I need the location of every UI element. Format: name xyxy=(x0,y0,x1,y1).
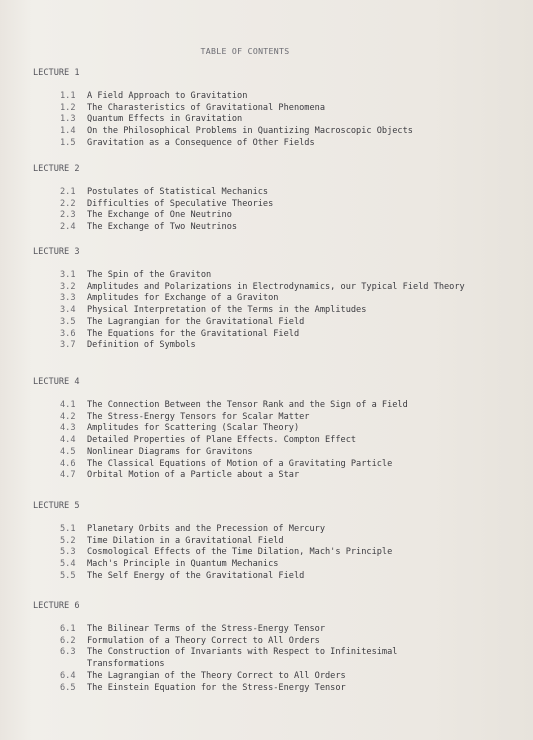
document-page: TABLE OF CONTENTS LECTURE 1 1.1A Field A… xyxy=(0,0,533,740)
section-title: Amplitudes for Scattering (Scalar Theory… xyxy=(87,423,467,435)
toc-entry: 6.4The Lagrangian of the Theory Correct … xyxy=(33,671,513,683)
section-number: 6.2 xyxy=(60,636,87,648)
section-title: Difficulties of Speculative Theories xyxy=(87,199,467,211)
section-title: Detailed Properties of Plane Effects. Co… xyxy=(87,435,467,447)
section-title: Physical Interpretation of the Terms in … xyxy=(87,305,467,317)
section-number: 2.2 xyxy=(60,199,87,211)
section-number: 1.2 xyxy=(60,103,87,115)
toc-entry: 3.5The Lagrangian for the Gravitational … xyxy=(33,317,513,329)
section-title: Postulates of Statistical Mechanics xyxy=(87,187,467,199)
toc-entry: 4.3Amplitudes for Scattering (Scalar The… xyxy=(33,423,513,435)
section-title: The Self Energy of the Gravitational Fie… xyxy=(87,571,467,583)
lecture-heading: LECTURE 4 xyxy=(33,376,513,388)
section-number: 4.7 xyxy=(60,470,87,482)
lecture-heading: LECTURE 6 xyxy=(33,600,513,612)
lecture-section-6: LECTURE 6 6.1The Bilinear Terms of the S… xyxy=(33,600,513,694)
section-number: 2.3 xyxy=(60,210,87,222)
section-title: Quantum Effects in Gravitation xyxy=(87,114,467,126)
toc-entry: 4.7Orbital Motion of a Particle about a … xyxy=(33,470,513,482)
toc-entry: 3.6The Equations for the Gravitational F… xyxy=(33,329,513,341)
lecture-heading: LECTURE 2 xyxy=(33,163,513,175)
section-number: 1.3 xyxy=(60,114,87,126)
toc-entry: 1.3Quantum Effects in Gravitation xyxy=(33,114,513,126)
section-number: 5.4 xyxy=(60,559,87,571)
section-title: The Lagrangian of the Theory Correct to … xyxy=(87,671,467,683)
section-number: 6.1 xyxy=(60,624,87,636)
toc-entry: 2.2Difficulties of Speculative Theories xyxy=(33,199,513,211)
toc-entry: 6.2Formulation of a Theory Correct to Al… xyxy=(33,636,513,648)
toc-entry: 6.3The Construction of Invariants with R… xyxy=(33,647,513,670)
section-list: 6.1The Bilinear Terms of the Stress-Ener… xyxy=(33,624,513,694)
section-title: The Classical Equations of Motion of a G… xyxy=(87,459,467,471)
lecture-heading: LECTURE 5 xyxy=(33,500,513,512)
toc-entry: 3.1The Spin of the Graviton xyxy=(33,270,513,282)
toc-entry: 4.2The Stress-Energy Tensors for Scalar … xyxy=(33,412,513,424)
lecture-section-4: LECTURE 4 4.1The Connection Between the … xyxy=(33,376,513,482)
section-number: 3.3 xyxy=(60,293,87,305)
section-number: 6.3 xyxy=(60,647,87,670)
section-title: Formulation of a Theory Correct to All O… xyxy=(87,636,467,648)
toc-entry: 6.1The Bilinear Terms of the Stress-Ener… xyxy=(33,624,513,636)
section-number: 2.4 xyxy=(60,222,87,234)
section-title: Mach's Principle in Quantum Mechanics xyxy=(87,559,467,571)
toc-entry: 1.4On the Philosophical Problems in Quan… xyxy=(33,126,513,138)
section-number: 4.1 xyxy=(60,400,87,412)
toc-entry: 3.4Physical Interpretation of the Terms … xyxy=(33,305,513,317)
section-title: The Stress-Energy Tensors for Scalar Mat… xyxy=(87,412,467,424)
section-number: 1.1 xyxy=(60,91,87,103)
toc-entry: 4.6The Classical Equations of Motion of … xyxy=(33,459,513,471)
toc-entry: 3.2Amplitudes and Polarizations in Elect… xyxy=(33,282,513,294)
section-title: Time Dilation in a Gravitational Field xyxy=(87,536,467,548)
section-number: 5.2 xyxy=(60,536,87,548)
section-number: 4.5 xyxy=(60,447,87,459)
section-title: Gravitation as a Consequence of Other Fi… xyxy=(87,138,467,150)
section-title: The Lagrangian for the Gravitational Fie… xyxy=(87,317,467,329)
toc-entry: 3.3Amplitudes for Exchange of a Graviton xyxy=(33,293,513,305)
section-title: The Exchange of One Neutrino xyxy=(87,210,467,222)
section-number: 1.4 xyxy=(60,126,87,138)
section-title: On the Philosophical Problems in Quantiz… xyxy=(87,126,467,138)
section-list: 1.1A Field Approach to Gravitation 1.2Th… xyxy=(33,91,513,150)
section-title: The Spin of the Graviton xyxy=(87,270,467,282)
section-number: 5.3 xyxy=(60,547,87,559)
section-number: 4.2 xyxy=(60,412,87,424)
section-list: 2.1Postulates of Statistical Mechanics 2… xyxy=(33,187,513,234)
section-title: Definition of Symbols xyxy=(87,340,467,352)
section-number: 3.6 xyxy=(60,329,87,341)
section-title: The Connection Between the Tensor Rank a… xyxy=(87,400,467,412)
toc-entry: 1.5Gravitation as a Consequence of Other… xyxy=(33,138,513,150)
section-number: 5.1 xyxy=(60,524,87,536)
toc-entry: 3.7Definition of Symbols xyxy=(33,340,513,352)
section-title: The Charasteristics of Gravitational Phe… xyxy=(87,103,467,115)
section-title: Cosmological Effects of the Time Dilatio… xyxy=(87,547,467,559)
toc-entry: 5.3Cosmological Effects of the Time Dila… xyxy=(33,547,513,559)
section-title: Planetary Orbits and the Precession of M… xyxy=(87,524,467,536)
section-title: Orbital Motion of a Particle about a Sta… xyxy=(87,470,467,482)
section-number: 6.5 xyxy=(60,683,87,695)
toc-entry: 4.4Detailed Properties of Plane Effects.… xyxy=(33,435,513,447)
section-number: 1.5 xyxy=(60,138,87,150)
section-number: 4.6 xyxy=(60,459,87,471)
section-number: 4.4 xyxy=(60,435,87,447)
lecture-section-3: LECTURE 3 3.1The Spin of the Graviton 3.… xyxy=(33,246,513,352)
lecture-heading: LECTURE 3 xyxy=(33,246,513,258)
section-number: 3.5 xyxy=(60,317,87,329)
section-list: 3.1The Spin of the Graviton 3.2Amplitude… xyxy=(33,270,513,352)
toc-entry: 4.5Nonlinear Diagrams for Gravitons xyxy=(33,447,513,459)
toc-entry: 2.1Postulates of Statistical Mechanics xyxy=(33,187,513,199)
section-number: 3.2 xyxy=(60,282,87,294)
toc-entry: 2.4The Exchange of Two Neutrinos xyxy=(33,222,513,234)
section-title: The Construction of Invariants with Resp… xyxy=(87,647,467,670)
section-number: 3.7 xyxy=(60,340,87,352)
toc-entry: 5.5The Self Energy of the Gravitational … xyxy=(33,571,513,583)
lecture-section-2: LECTURE 2 2.1Postulates of Statistical M… xyxy=(33,163,513,234)
toc-entry: 2.3The Exchange of One Neutrino xyxy=(33,210,513,222)
section-number: 5.5 xyxy=(60,571,87,583)
section-list: 4.1The Connection Between the Tensor Ran… xyxy=(33,400,513,482)
section-title: The Equations for the Gravitational Fiel… xyxy=(87,329,467,341)
section-title: A Field Approach to Gravitation xyxy=(87,91,467,103)
section-title: The Exchange of Two Neutrinos xyxy=(87,222,467,234)
section-number: 6.4 xyxy=(60,671,87,683)
toc-entry: 1.2The Charasteristics of Gravitational … xyxy=(33,103,513,115)
section-number: 3.4 xyxy=(60,305,87,317)
section-title: The Bilinear Terms of the Stress-Energy … xyxy=(87,624,467,636)
section-title: Amplitudes for Exchange of a Graviton xyxy=(87,293,467,305)
section-list: 5.1Planetary Orbits and the Precession o… xyxy=(33,524,513,583)
page-title: TABLE OF CONTENTS xyxy=(0,46,490,56)
toc-entry: 5.2Time Dilation in a Gravitational Fiel… xyxy=(33,536,513,548)
section-number: 4.3 xyxy=(60,423,87,435)
lecture-section-1: LECTURE 1 1.1A Field Approach to Gravita… xyxy=(33,67,513,150)
toc-entry: 5.1Planetary Orbits and the Precession o… xyxy=(33,524,513,536)
toc-entry: 6.5The Einstein Equation for the Stress-… xyxy=(33,683,513,695)
toc-entry: 4.1The Connection Between the Tensor Ran… xyxy=(33,400,513,412)
section-number: 2.1 xyxy=(60,187,87,199)
lecture-heading: LECTURE 1 xyxy=(33,67,513,79)
lecture-section-5: LECTURE 5 5.1Planetary Orbits and the Pr… xyxy=(33,500,513,583)
section-title: Amplitudes and Polarizations in Electrod… xyxy=(87,282,467,294)
toc-entry: 1.1A Field Approach to Gravitation xyxy=(33,91,513,103)
section-title: The Einstein Equation for the Stress-Ene… xyxy=(87,683,467,695)
toc-entry: 5.4Mach's Principle in Quantum Mechanics xyxy=(33,559,513,571)
section-title: Nonlinear Diagrams for Gravitons xyxy=(87,447,467,459)
section-number: 3.1 xyxy=(60,270,87,282)
